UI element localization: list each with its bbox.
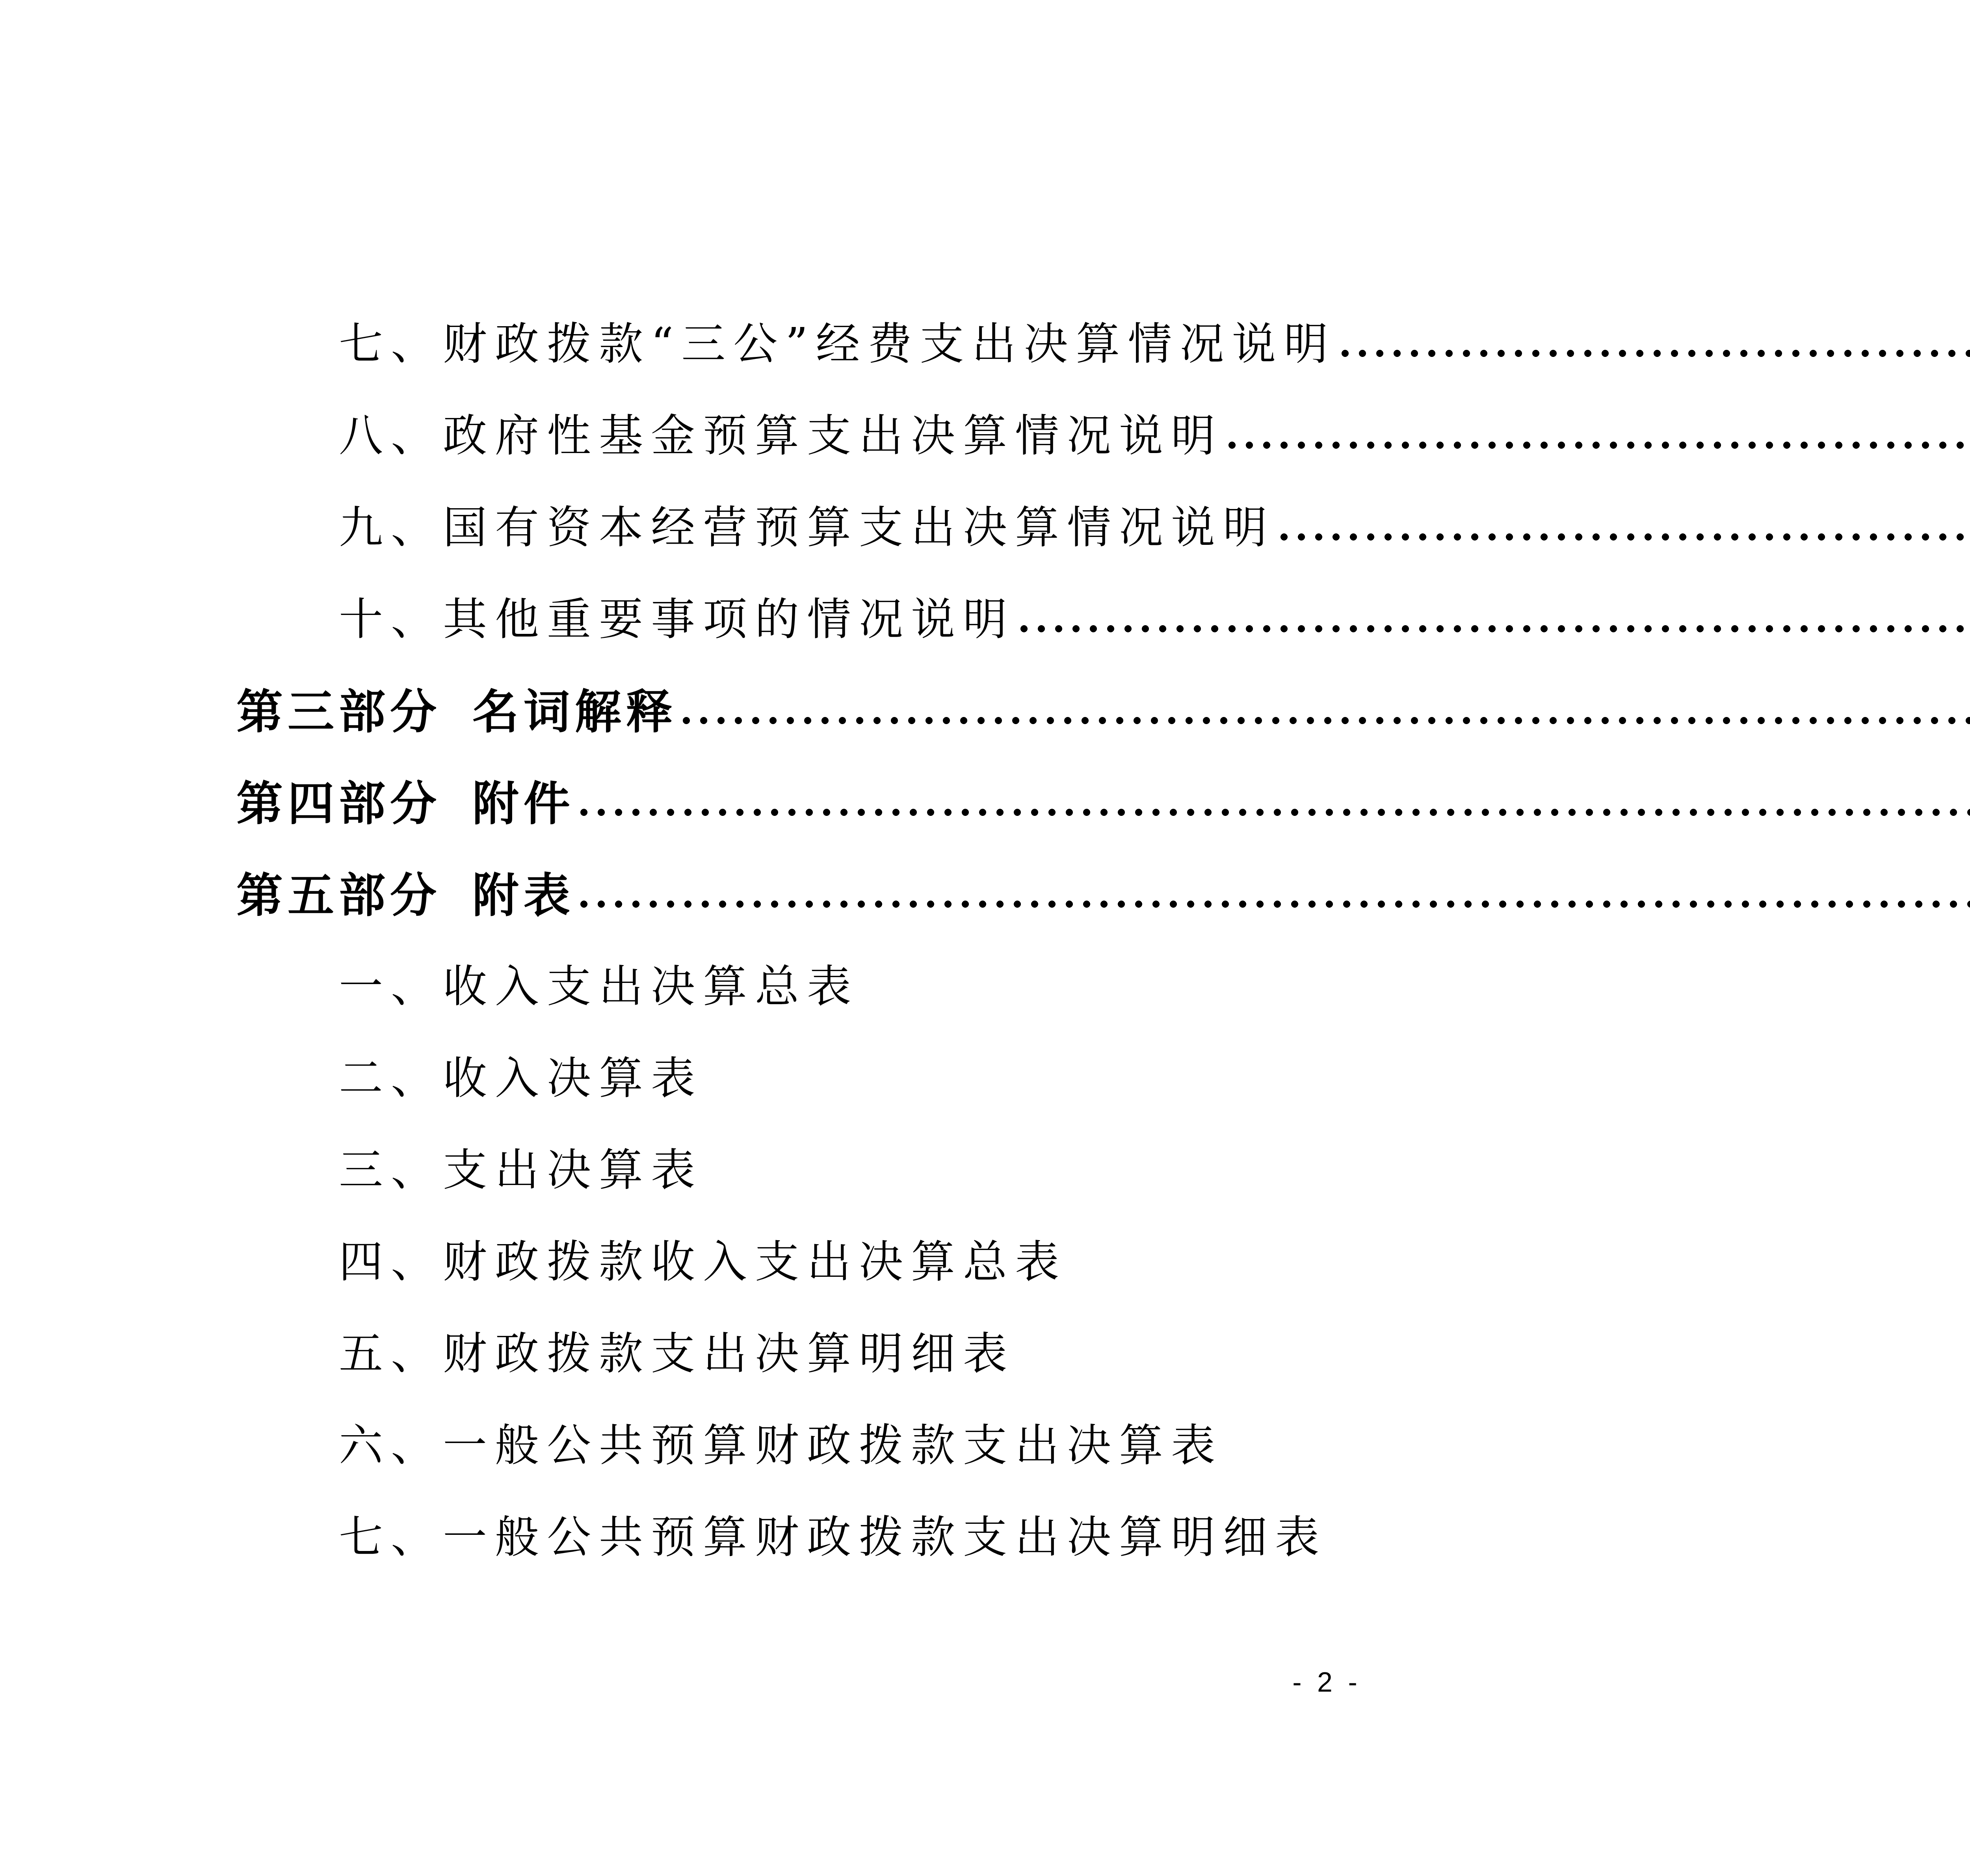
toc-entry-label: 九、国有资本经营预算支出决算情况说明	[339, 492, 1275, 556]
document-page: 七、财政拨款“三公”经费支出决算情况说明 14-16 八、政府性基金预算支出决算…	[0, 0, 1970, 1876]
toc-entry-label: 七、一般公共预算财政拨款支出决算明细表	[339, 1502, 1327, 1566]
toc-entry-label: 十、其他重要事项的情况说明	[339, 584, 1015, 648]
toc-entry-label: 三、支出决算表	[339, 1135, 703, 1198]
toc-entry: 六、一般公共预算财政拨款支出决算表	[0, 1396, 1970, 1488]
dot-leader	[1280, 478, 1970, 570]
toc-entry: 第三部分 名词解释 18-20	[0, 662, 1970, 754]
toc-entry: 第四部分 附件 21-51	[0, 754, 1970, 845]
toc-entry-label: 第五部分 附表	[236, 858, 575, 925]
dot-leader	[580, 845, 1970, 937]
toc-entry-label: 七、财政拨款“三公”经费支出决算情况说明	[339, 309, 1336, 372]
toc-entry: 一、收入支出决算总表	[0, 937, 1970, 1029]
toc-entry: 七、一般公共预算财政拨款支出决算明细表	[0, 1488, 1970, 1580]
toc-entry: 九、国有资本经营预算支出决算情况说明 16-17	[0, 478, 1970, 570]
toc-entry-label: 五、财政拨款支出决算明细表	[339, 1319, 1015, 1382]
toc-entry-label: 一、收入支出决算总表	[339, 951, 859, 1015]
table-of-contents: 七、财政拨款“三公”经费支出决算情况说明 14-16 八、政府性基金预算支出决算…	[0, 0, 1970, 1580]
toc-entry: 三、支出决算表	[0, 1121, 1970, 1213]
toc-entry: 十、其他重要事项的情况说明 17-18	[0, 570, 1970, 662]
toc-entry-label: 二、收入决算表	[339, 1043, 703, 1107]
dot-leader	[1342, 295, 1970, 386]
toc-entry: 八、政府性基金预算支出决算情况说明 16-16	[0, 386, 1970, 478]
toc-entry: 五、财政拨款支出决算明细表	[0, 1304, 1970, 1396]
toc-entry-label: 八、政府性基金预算支出决算情况说明	[339, 401, 1223, 464]
toc-entry-label: 第三部分 名词解释	[236, 674, 677, 741]
page-footer: - 2 -	[0, 1666, 1970, 1698]
toc-entry-label: 六、一般公共预算财政拨款支出决算表	[339, 1410, 1223, 1474]
toc-entry: 七、财政拨款“三公”经费支出决算情况说明 14-16	[0, 295, 1970, 386]
toc-entry: 第五部分 附表 52-52	[0, 845, 1970, 937]
toc-entry-label: 第四部分 附件	[236, 766, 575, 833]
dot-leader	[683, 662, 1970, 754]
dot-leader	[1228, 386, 1970, 478]
toc-entry-label: 四、财政拨款收入支出决算总表	[339, 1227, 1067, 1290]
dot-leader	[1020, 570, 1970, 662]
toc-entry: 四、财政拨款收入支出决算总表	[0, 1213, 1970, 1304]
dot-leader	[580, 754, 1970, 845]
toc-entry: 二、收入决算表	[0, 1029, 1970, 1121]
